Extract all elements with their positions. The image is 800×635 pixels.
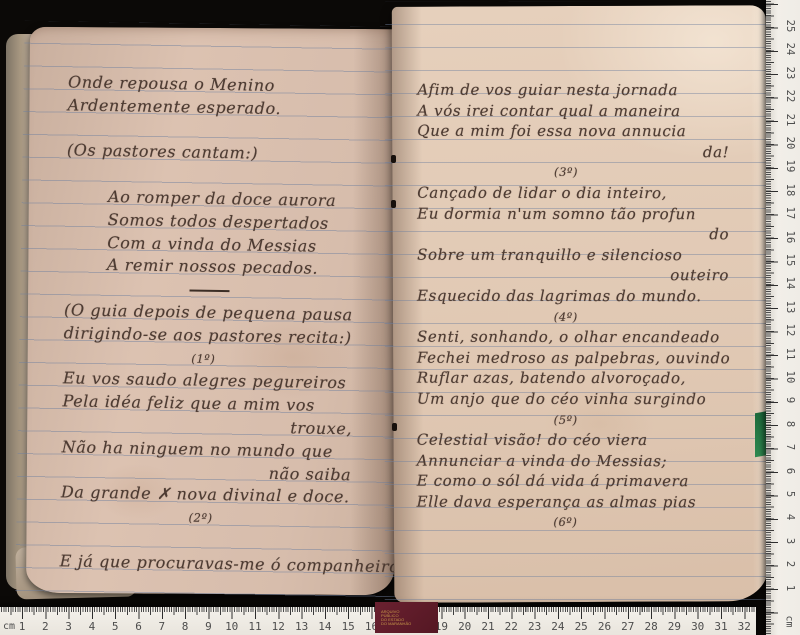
ruler-number: 5 [784,485,796,503]
ruler-number: 25 [575,620,588,633]
ruler-number: 28 [644,620,657,633]
ruler-number: 3 [784,532,796,550]
ruler-number: 29 [668,620,681,633]
manuscript-line: Sobre um tranquillo e silencioso [417,244,759,265]
ruler-number: 13 [295,620,308,633]
ruler-number: 18 [784,181,796,199]
ruler-number: 19 [784,157,796,175]
manuscript-line: (3º) [417,162,759,183]
ruler-number: 26 [598,620,611,633]
ruler-number: 21 [481,620,494,633]
ruler-number: 15 [342,620,355,633]
manuscript-line: Fechei medroso as palpebras, ouvindo [417,347,759,368]
manuscript-line: Annunciar a vinda do Messias; [417,450,759,471]
vertical-ruler-unit-label: cm [784,613,795,631]
manuscript-line: (6º) [417,512,759,533]
archive-logo-text: ARQUIVO PÚBLICO DO ESTADO DO MARANHÃO [381,610,411,626]
manuscript-line: Um anjo que do céo vinha surgindo [417,389,759,410]
ruler-number: 17 [784,204,796,222]
manuscript-line: (5º) [417,409,759,430]
manuscript-line: da! [417,141,759,162]
manuscript-line: Elle dava esperança as almas pias [417,492,759,513]
ruler-number: 6 [784,462,796,480]
ruler-number: 9 [205,620,212,633]
ruler-number: 13 [784,298,796,316]
ruler-number: 14 [784,274,796,292]
ruler-number: 22 [505,620,518,633]
manuscript-right-text: Afim de vos guiar nesta jornadaA vós ire… [417,80,760,534]
ruler-number: 24 [784,40,796,58]
ruler-number: 14 [318,620,331,633]
ruler-number: 5 [112,620,119,633]
ruler-number: 15 [784,251,796,269]
manuscript-line: Ruflar azas, batendo alvoroçado, [417,368,759,389]
stanza-divider [189,289,229,292]
ruler-number: 11 [248,620,261,633]
manuscript-line: Que a mim foi essa nova annucia [417,121,759,142]
manuscript-line: Celestial visão! do céo viera [417,430,759,451]
manuscript-line: Esquecido das lagrimas do mundo. [417,286,759,307]
ruler-number: 25 [784,17,796,35]
left-page: Onde repousa o MeninoArdentemente espera… [26,27,398,596]
ruler-number: 9 [784,391,796,409]
manuscript-line: (4º) [417,306,759,327]
ruler-number: 2 [42,620,49,633]
ruler-number: 7 [158,620,165,633]
binding-stitch [392,423,397,431]
bottom-ruler-unit-label: cm [3,621,15,632]
binding-stitch [391,200,396,208]
manuscript-line: Afim de vos guiar nesta jornada [417,80,759,101]
ruler-number: 10 [225,620,238,633]
archive-logo-line: DO MARANHÃO [381,622,411,626]
ruler-number: 11 [784,345,796,363]
ruler-number: 3 [65,620,72,633]
ruler-number: 20 [458,620,471,633]
ruler-number: 32 [738,620,751,633]
ruler-number: 24 [551,620,564,633]
ruler-number: 23 [528,620,541,633]
manuscript-line: A vós irei contar qual a maneira [417,100,759,121]
ruler-number: 4 [89,620,96,633]
ruler-number: 27 [621,620,634,633]
manuscript-line: Senti, sonhando, o olhar encandeado [417,327,759,348]
ruler-number: 31 [714,620,727,633]
ruler-number: 12 [272,620,285,633]
ruler-number: 4 [784,508,796,526]
ruler-number: 8 [182,620,189,633]
ruler-number: 1 [784,579,796,597]
ruler-number: 2 [784,555,796,573]
manuscript-line: Eu dormia n'um somno tão profun [417,203,759,224]
ruler-number: 1 [19,620,26,633]
ruler-number: 30 [691,620,704,633]
ruler-number: 12 [784,321,796,339]
manuscript-left-text: Onde repousa o MeninoArdentemente espera… [60,71,389,578]
ruler-number: 8 [784,415,796,433]
ruler-number: 7 [784,438,796,456]
ruler-number: 23 [784,64,796,82]
ruler-number: 16 [784,228,796,246]
ruler-number: 22 [784,87,796,105]
manuscript-line: outeiro [417,265,759,286]
ruler-number: 6 [135,620,142,633]
manuscript-line: E como o sól dá vida á primavera [417,471,759,492]
vertical-ruler-ticks [766,0,780,635]
ruler-number: 20 [784,134,796,152]
archive-logo: ARQUIVO PÚBLICO DO ESTADO DO MARANHÃO [375,602,438,633]
ruler-number: 21 [784,111,796,129]
manuscript-line: do [417,224,759,245]
photo-stage: Onde repousa o MeninoArdentemente espera… [0,0,800,635]
vertical-ruler: 2524232221201918171615141312111098765432… [766,0,800,635]
ruler-number: 10 [784,368,796,386]
manuscript-line: Cançado de lidar o dia inteiro, [417,183,759,204]
binding-stitch [391,155,396,163]
right-page: Afim de vos guiar nesta jornadaA vós ire… [392,5,769,603]
